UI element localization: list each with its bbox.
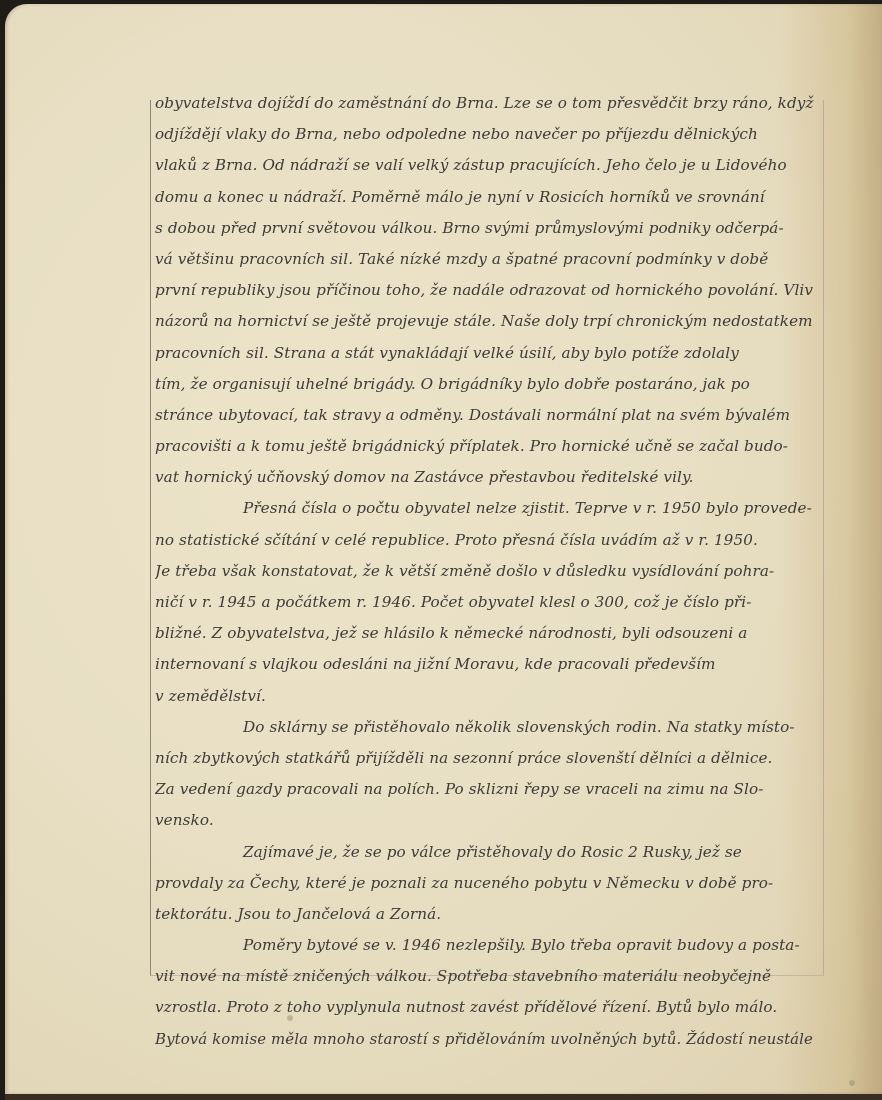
text-line: tektorátu. Jsou to Jančelová a Zorná. — [155, 899, 820, 930]
page-bottom-edge — [5, 1094, 882, 1100]
handwritten-text-block: obyvatelstva dojíždí do zaměstnání do Br… — [155, 88, 820, 1055]
text-line: pracovišti a k tomu ještě brigádnický př… — [155, 431, 820, 462]
text-line: internovaní s vlajkou odesláni na jižní … — [155, 649, 820, 680]
text-line: bližné. Z obyvatelstva, jež se hlásilo k… — [155, 618, 820, 649]
text-line: Bytová komise měla mnoho starostí s přid… — [155, 1024, 820, 1055]
text-line: názorů na hornictví se ještě projevuje s… — [155, 306, 820, 337]
paper-speck — [849, 1080, 855, 1086]
text-line: vá většinu pracovních sil. Také nízké mz… — [155, 244, 820, 275]
text-line: vensko. — [155, 805, 820, 836]
paragraph-start-line: Poměry bytové se v. 1946 nezlepšily. Byl… — [155, 930, 820, 961]
text-line: vzrostla. Proto z toho vyplynula nutnost… — [155, 992, 820, 1023]
text-line: Za vedení gazdy pracovali na polích. Po … — [155, 774, 820, 805]
paragraph-start-line: Do sklárny se přistěhovalo několik slove… — [155, 712, 820, 743]
text-line: v zemědělství. — [155, 681, 820, 712]
text-line: obyvatelstva dojíždí do zaměstnání do Br… — [155, 88, 820, 119]
text-line: provdaly za Čechy, které je poznali za n… — [155, 868, 820, 899]
text-line: s dobou před první světovou válkou. Brno… — [155, 213, 820, 244]
text-line: tím, že organisují uhelné brigády. O bri… — [155, 369, 820, 400]
paragraph-start-line: Přesná čísla o počtu obyvatel nelze zjis… — [155, 493, 820, 524]
text-line: domu a konec u nádraží. Poměrně málo je … — [155, 182, 820, 213]
paragraph-start-line: Zajímavé je, že se po válce přistěhovaly… — [155, 837, 820, 868]
text-line: no statistické sčítání v celé republice.… — [155, 525, 820, 556]
text-line: vat hornický učňovský domov na Zastávce … — [155, 462, 820, 493]
text-line: vit nové na místě zničených válkou. Spot… — [155, 961, 820, 992]
text-line: stránce ubytovací, tak stravy a odměny. … — [155, 400, 820, 431]
text-line: pracovních sil. Strana a stát vynakládaj… — [155, 338, 820, 369]
text-line: první republiky jsou příčinou toho, že n… — [155, 275, 820, 306]
text-line: Je třeba však konstatovat, že k větší zm… — [155, 556, 820, 587]
text-line: ních zbytkových statkářů přijížděli na s… — [155, 743, 820, 774]
text-line: ničí v r. 1945 a počátkem r. 1946. Počet… — [155, 587, 820, 618]
text-line: odjíždějí vlaky do Brna, nebo odpoledne … — [155, 119, 820, 150]
text-line: vlaků z Brna. Od nádraží se valí velký z… — [155, 150, 820, 181]
